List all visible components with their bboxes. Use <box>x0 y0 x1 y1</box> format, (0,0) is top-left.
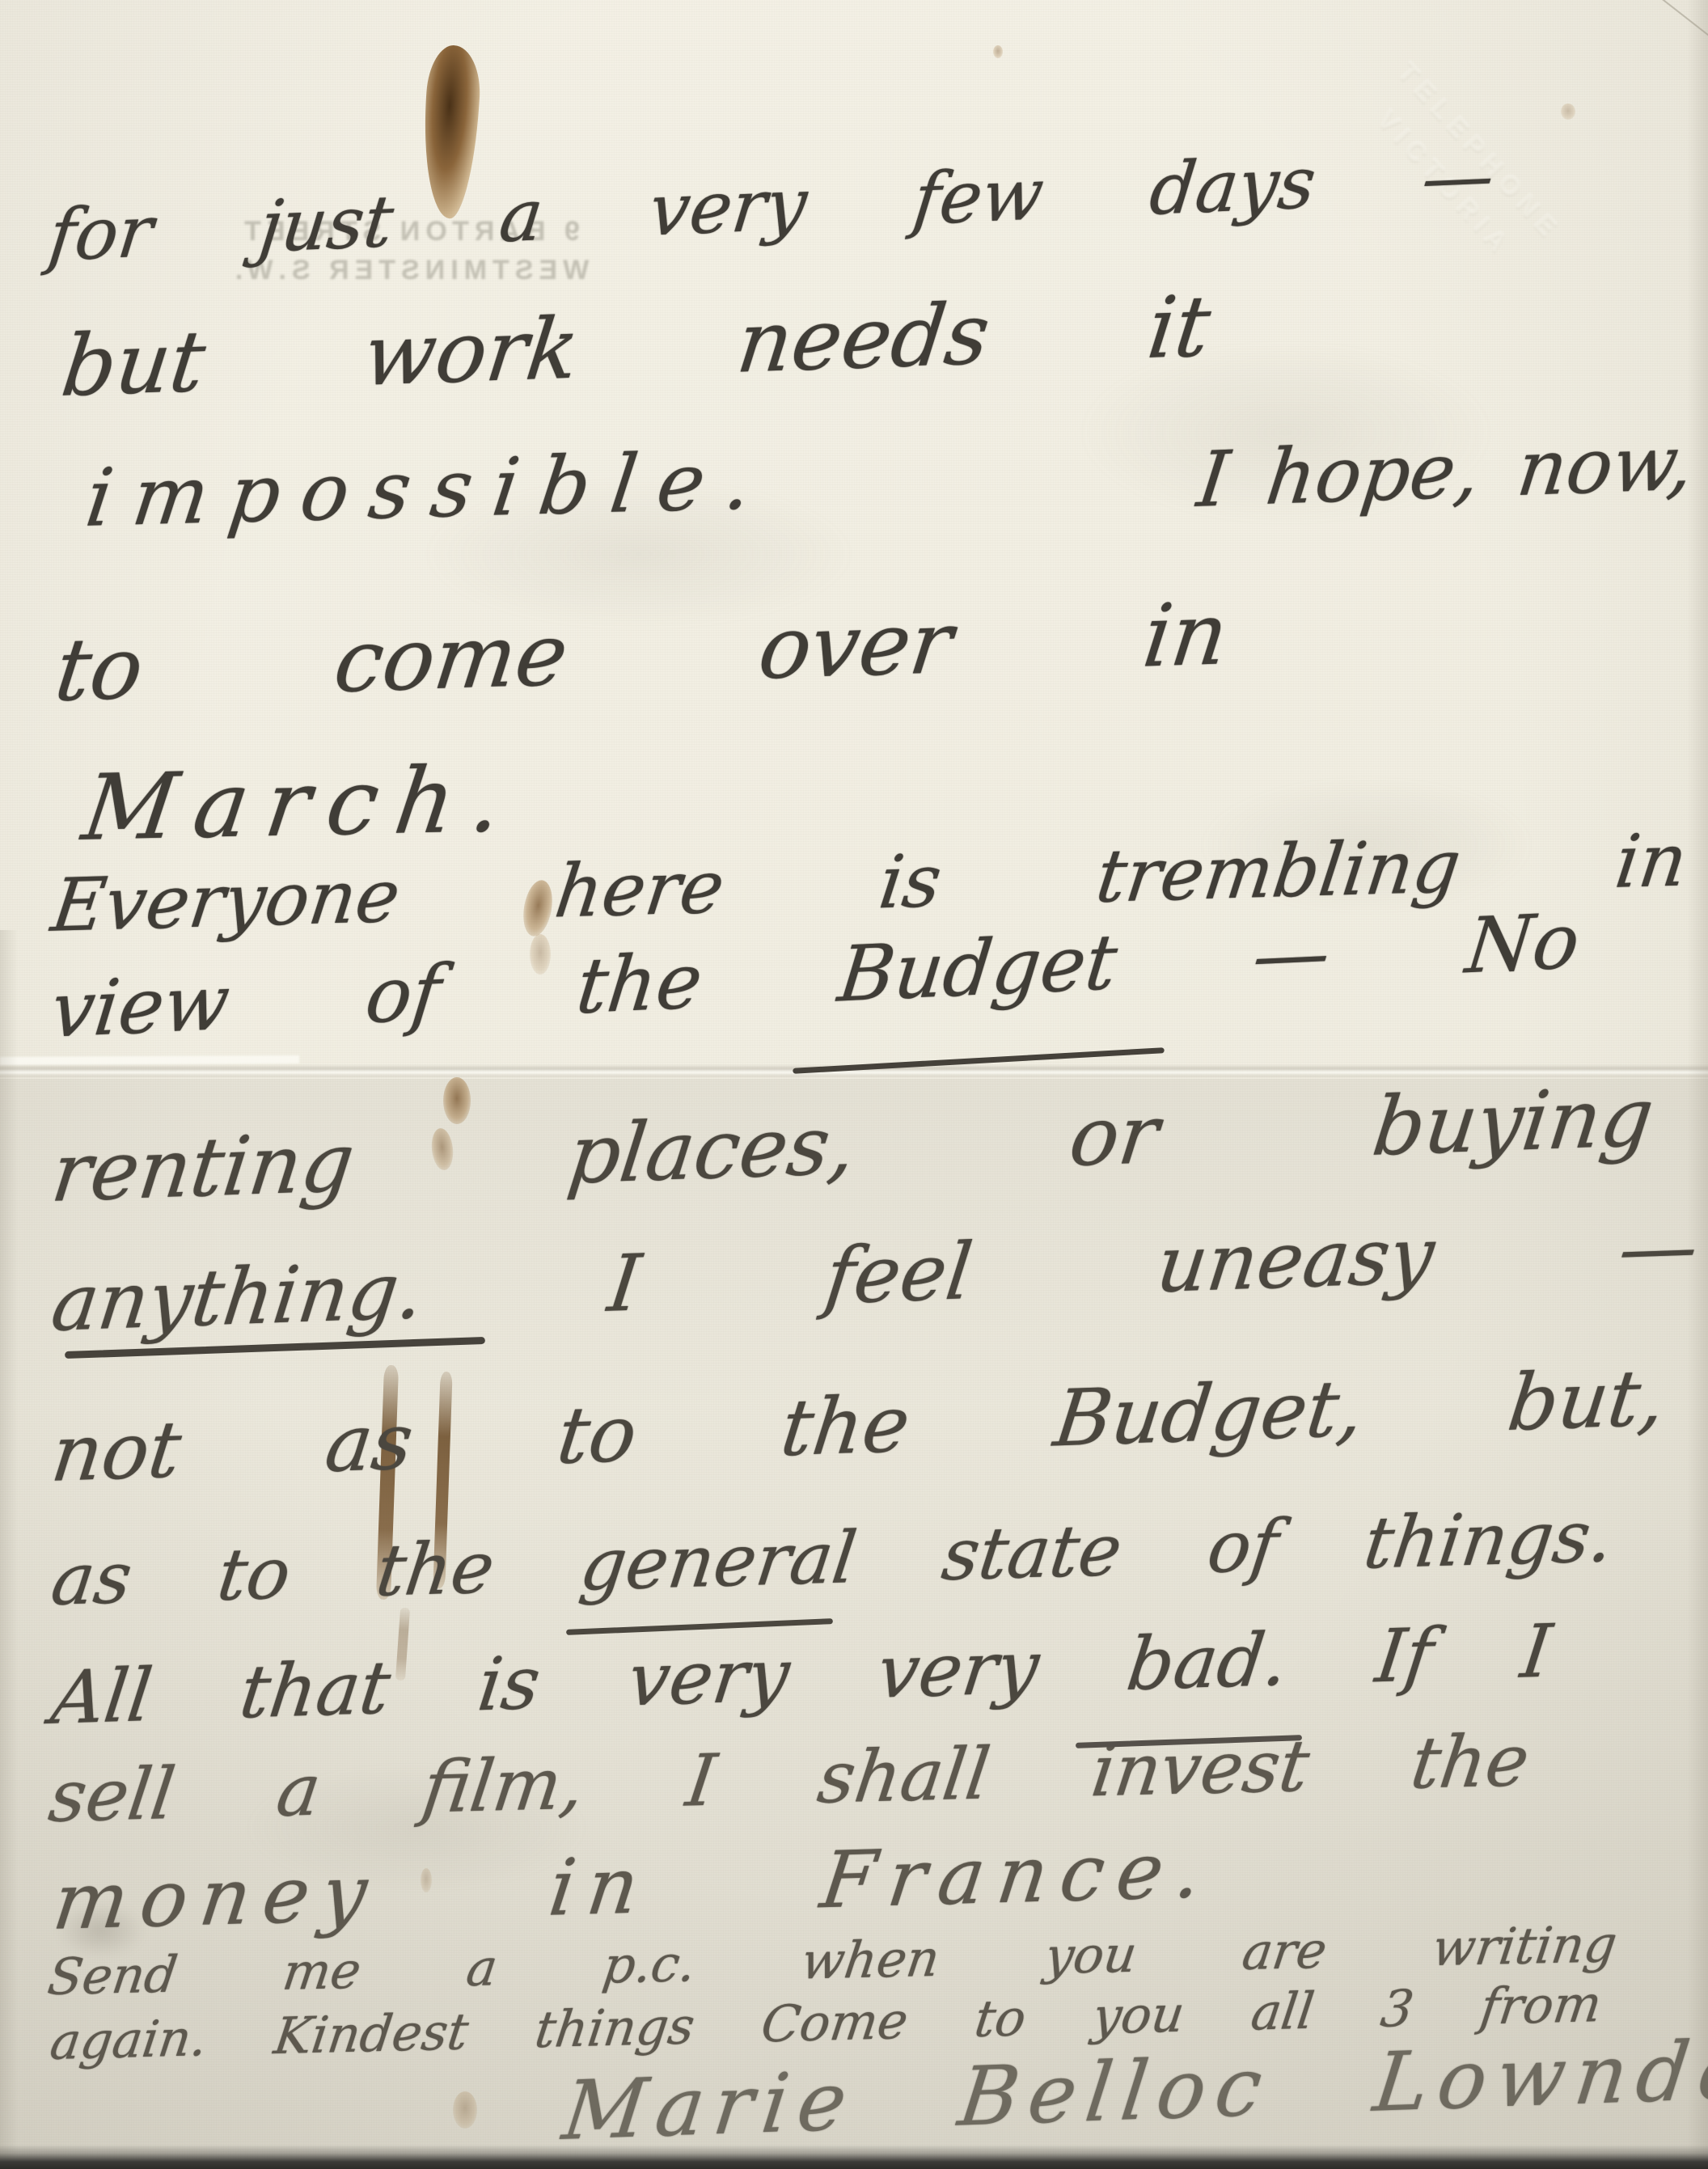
letter-line: sell a film, I shall invest the <box>44 1719 1534 1838</box>
ink-underline-budget <box>793 1047 1165 1074</box>
letter-line: as to the general state of things. <box>47 1495 1618 1621</box>
letter-line: March. <box>77 746 526 861</box>
letter-line: for just a very few days — <box>44 133 1499 277</box>
rust-stain <box>453 2091 477 2129</box>
scan-edge-bottom <box>0 2145 1708 2169</box>
letter-line: to come over in <box>50 584 1233 721</box>
letter-line: but work needs it <box>57 277 1215 416</box>
letter-line: not as to the Budget, but, <box>47 1352 1670 1499</box>
scan-edge-left <box>0 930 18 2169</box>
scan-edge-right <box>1687 0 1708 2169</box>
letter-line: renting places, or buying <box>47 1069 1659 1220</box>
letter-line: impossible. <box>81 434 778 545</box>
letter-line: anything. I feel uneasy — <box>47 1200 1703 1349</box>
letter-line: I hope, now, <box>1193 419 1698 525</box>
rust-speck <box>993 45 1003 58</box>
rust-speck <box>1561 104 1575 120</box>
letter-page: 9 BARTON STREET WESTMINSTER S.W. TELEPHO… <box>0 0 1708 2169</box>
fold-crease-highlight <box>0 1055 299 1065</box>
letter-line: All that is very very bad. If I <box>47 1609 1556 1741</box>
